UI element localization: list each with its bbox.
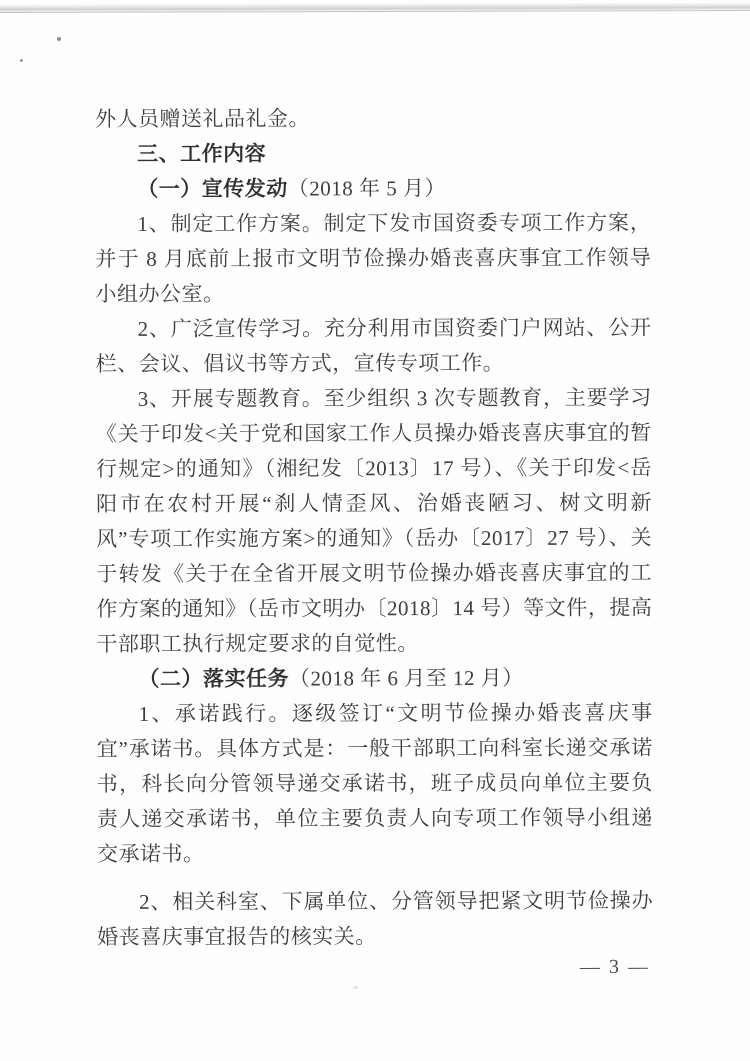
scan-speck [353,986,358,989]
subsection-heading-2: （二）落实任务（2018 年 6 月至 12 月） [96,661,652,697]
paragraph-item-2: 2、广泛宣传学习。充分利用市国资委门户网站、公开栏、会议、倡议书等方式，宣传专项… [96,311,652,382]
subsection-2-date: （2018 年 6 月至 12 月） [289,666,524,691]
paragraph-task-1: 1、承诺践行。逐级签订“文明节俭操办婚丧喜庆事宜”承诺书。具体方式是：一般干部职… [97,696,653,872]
subsection-heading-1: （一）宣传发动（2018 年 5 月） [95,171,651,207]
document-page-body: 外人员赠送礼品礼金。 三、工作内容 （一）宣传发动（2018 年 5 月） 1、… [95,101,653,955]
subsection-2-title: （二）落实任务 [138,666,289,690]
scan-speck [57,37,61,41]
section-heading-work-content: 三、工作内容 [95,136,651,172]
paragraph-continuation: 外人员赠送礼品礼金。 [95,101,651,137]
paragraph-item-1: 1、制定工作方案。制定下发市国资委专项工作方案，并于 8 月底前上报市文明节俭操… [95,206,651,312]
paragraph-item-3: 3、开展专题教育。至少组织 3 次专题教育，主要学习《关于印发<关于党和国家工作… [96,381,653,662]
subsection-1-date: （2018 年 5 月） [288,176,446,200]
subsection-1-title: （一）宣传发动 [137,176,288,200]
paragraph-task-2: 2、相关科室、下属单位、分管领导把紧文明节俭操办婚丧喜庆事宜报告的核实关。 [97,884,653,955]
scan-speck [20,59,23,62]
scan-artifact-top-line [0,2,750,13]
page-number: — 3 — [580,956,650,979]
